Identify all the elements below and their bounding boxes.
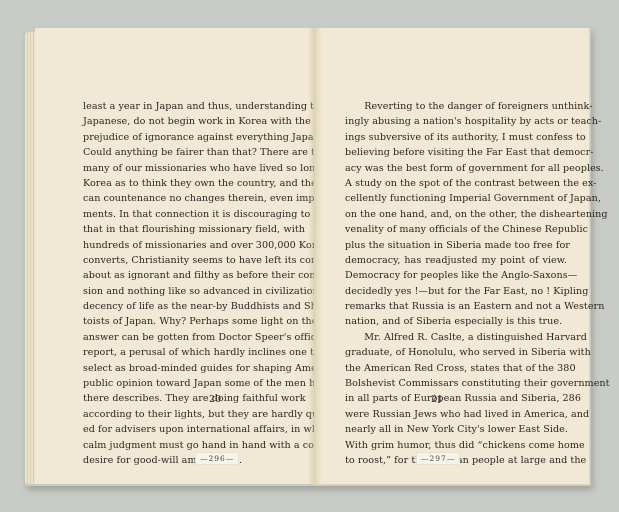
page-number-left: 20 (195, 394, 235, 405)
text-line: public opinion toward Japan some of the … (83, 376, 305, 391)
text-line: believing before visiting the Far East t… (345, 145, 567, 160)
text-line: decidedly yes !—but for the Far East, no… (345, 284, 567, 299)
text-line: plus the situation in Siberia made too f… (345, 238, 567, 253)
left-page-text: least a year in Japan and thus, understa… (83, 99, 305, 468)
right-page: Reverting to the danger of foreigners un… (314, 28, 590, 485)
text-line: that in that flourishing missionary fiel… (83, 222, 305, 237)
page-number-right: 21 (417, 394, 457, 405)
text-line: venality of many officials of the Chines… (345, 222, 567, 237)
text-line: remarks that Russia is an Eastern and no… (345, 299, 567, 314)
text-line: the American Red Cross, states that of t… (345, 361, 567, 376)
text-line: decency of life as the near-by Buddhists… (83, 299, 305, 314)
text-line: acy was the best form of government for … (345, 161, 567, 176)
text-line: about as ignorant and filthy as before t… (83, 268, 305, 283)
text-line: cellently functioning Imperial Governmen… (345, 191, 567, 206)
text-line: according to their lights, but they are … (83, 407, 305, 422)
text-line: nation, and of Siberia especially is thi… (345, 314, 567, 329)
text-line: ingly abusing a nation's hospitality by … (345, 114, 567, 129)
archive-stamp-left: —296— (195, 452, 239, 465)
text-line: Democracy for peoples like the Anglo-Sax… (345, 268, 567, 283)
text-line: were Russian Jews who had lived in Ameri… (345, 407, 567, 422)
text-line: toists of Japan. Why? Perhaps some light… (83, 314, 305, 329)
text-line: Reverting to the danger of foreigners un… (345, 99, 567, 114)
archive-stamp-right: —297— (416, 452, 460, 465)
text-line: many of our missionaries who have lived … (83, 161, 305, 176)
text-line: Bolshevist Commissars constituting their… (345, 376, 567, 391)
text-line: Korea as to think they own the country, … (83, 176, 305, 191)
text-line: report, a perusal of which hardly inclin… (83, 345, 305, 360)
text-line: hundreds of missionaries and over 300,00… (83, 238, 305, 253)
text-line: With grim humor, thus did “chickens come… (345, 438, 567, 453)
text-line: calm judgment must go hand in hand with … (83, 438, 305, 453)
text-line: select as broad-minded guides for shapin… (83, 361, 305, 376)
text-line: A study on the spot of the contrast betw… (345, 176, 567, 191)
text-line: on the one hand, and, on the other, the … (345, 207, 567, 222)
text-line: converts, Christianity seems to have lef… (83, 253, 305, 268)
text-line: Could anything be fairer than that? Ther… (83, 145, 305, 160)
text-line: Japanese, do not begin work in Korea wit… (83, 114, 305, 129)
text-line: there describes. They are doing faithful… (83, 391, 305, 406)
left-page: least a year in Japan and thus, understa… (35, 28, 314, 484)
book-gutter (308, 28, 322, 484)
text-line: Mr. Alfred R. Caslte, a distinguished Ha… (345, 330, 567, 345)
text-line: desire for good-will among men. (83, 453, 305, 468)
text-line: can countenance no changes therein, even… (83, 191, 305, 206)
open-booklet: least a year in Japan and thus, understa… (25, 28, 591, 486)
text-line: sion and nothing like so advanced in civ… (83, 284, 305, 299)
text-line: least a year in Japan and thus, understa… (83, 99, 305, 114)
text-line: nearly all in New York City's lower East… (345, 422, 567, 437)
text-line: democracy, has readjusted my point of vi… (345, 253, 567, 268)
text-line: ments. In that connection it is discoura… (83, 207, 305, 222)
text-line: ings subversive of its authority, I must… (345, 130, 567, 145)
text-line: graduate, of Honolulu, who served in Sib… (345, 345, 567, 360)
right-page-text: Reverting to the danger of foreigners un… (345, 99, 567, 468)
text-line: answer can be gotten from Doctor Speer's… (83, 330, 305, 345)
text-line: prejudice of ignorance against everythin… (83, 130, 305, 145)
text-line: ed for advisers upon international affai… (83, 422, 305, 437)
